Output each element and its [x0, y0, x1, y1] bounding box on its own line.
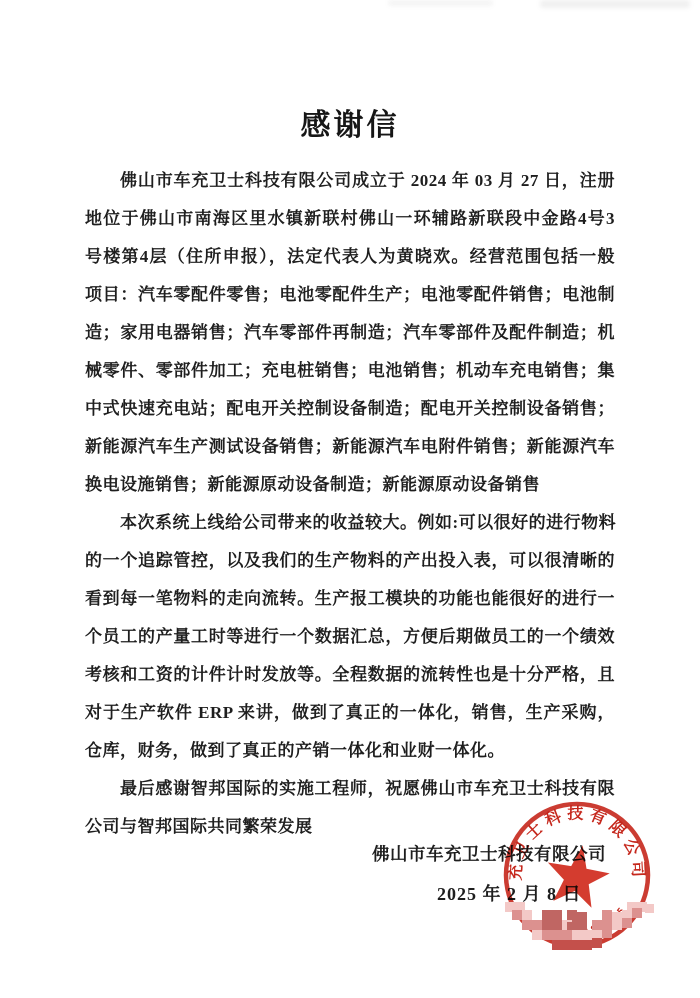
- letter-line: 新能源汽车生产测试设备销售；新能源汽车电附件销售；新能源汽车: [85, 428, 615, 466]
- letter-line: 仓库，财务，做到了真正的产销一体化和业财一体化。: [85, 732, 615, 770]
- letter-line: 对于生产软件 ERP 来讲，做到了真正的一体化，销售，生产采购，: [85, 694, 615, 732]
- letter-line: 看到每一笔物料的走向流转。生产报工模块的功能也能很好的进行一: [85, 580, 615, 618]
- letter-line: 造；家用电器销售；汽车零部件再制造；汽车零部件及配件制造；机: [85, 314, 615, 352]
- seal-star-icon: [548, 846, 610, 908]
- letter-line: 换电设施销售；新能源原动设备制造；新能源原动设备销售: [85, 466, 615, 504]
- letter-line: 号楼第4层（住所申报），法定代表人为黄晓欢。经营范围包括一般: [85, 238, 615, 276]
- letter-title: 感谢信: [85, 100, 615, 144]
- letter-line: 地位于佛山市南海区里水镇新联村佛山一环辅路新联段中金路4号3: [85, 200, 615, 238]
- letter-line: 的一个追踪管控，以及我们的生产物料的产出投入表，可以很清晰的: [85, 542, 615, 580]
- letter-line: 考核和工资的计件计时发放等。全程数据的流转性也是十分严格，且: [85, 656, 615, 694]
- company-seal: 充卫士科技有限公司 2081465: [500, 798, 654, 952]
- scan-artifact: [540, 0, 690, 8]
- letter-body: 佛山市车充卫士科技有限公司成立于 2024 年 03 月 27 日，注册 地位于…: [85, 162, 615, 846]
- letter-line: 本次系统上线给公司带来的收益较大。例如:可以很好的进行物料: [85, 504, 615, 542]
- letter-line: 械零件、零部件加工；充电桩销售；电池销售；机动车充电销售；集: [85, 352, 615, 390]
- letter-line: 个员工的产量工时等进行一个数据汇总，方便后期做员工的一个绩效: [85, 618, 615, 656]
- censored-mosaic: [505, 902, 654, 950]
- letter-line: 佛山市车充卫士科技有限公司成立于 2024 年 03 月 27 日，注册: [85, 162, 615, 200]
- scan-artifact: [388, 0, 493, 6]
- scanned-letter-page: 感谢信 佛山市车充卫士科技有限公司成立于 2024 年 03 月 27 日，注册…: [0, 0, 700, 998]
- letter-line: 项目：汽车零配件零售；电池零配件生产；电池零配件销售；电池制: [85, 276, 615, 314]
- letter-line: 中式快速充电站；配电开关控制设备制造；配电开关控制设备销售；: [85, 390, 615, 428]
